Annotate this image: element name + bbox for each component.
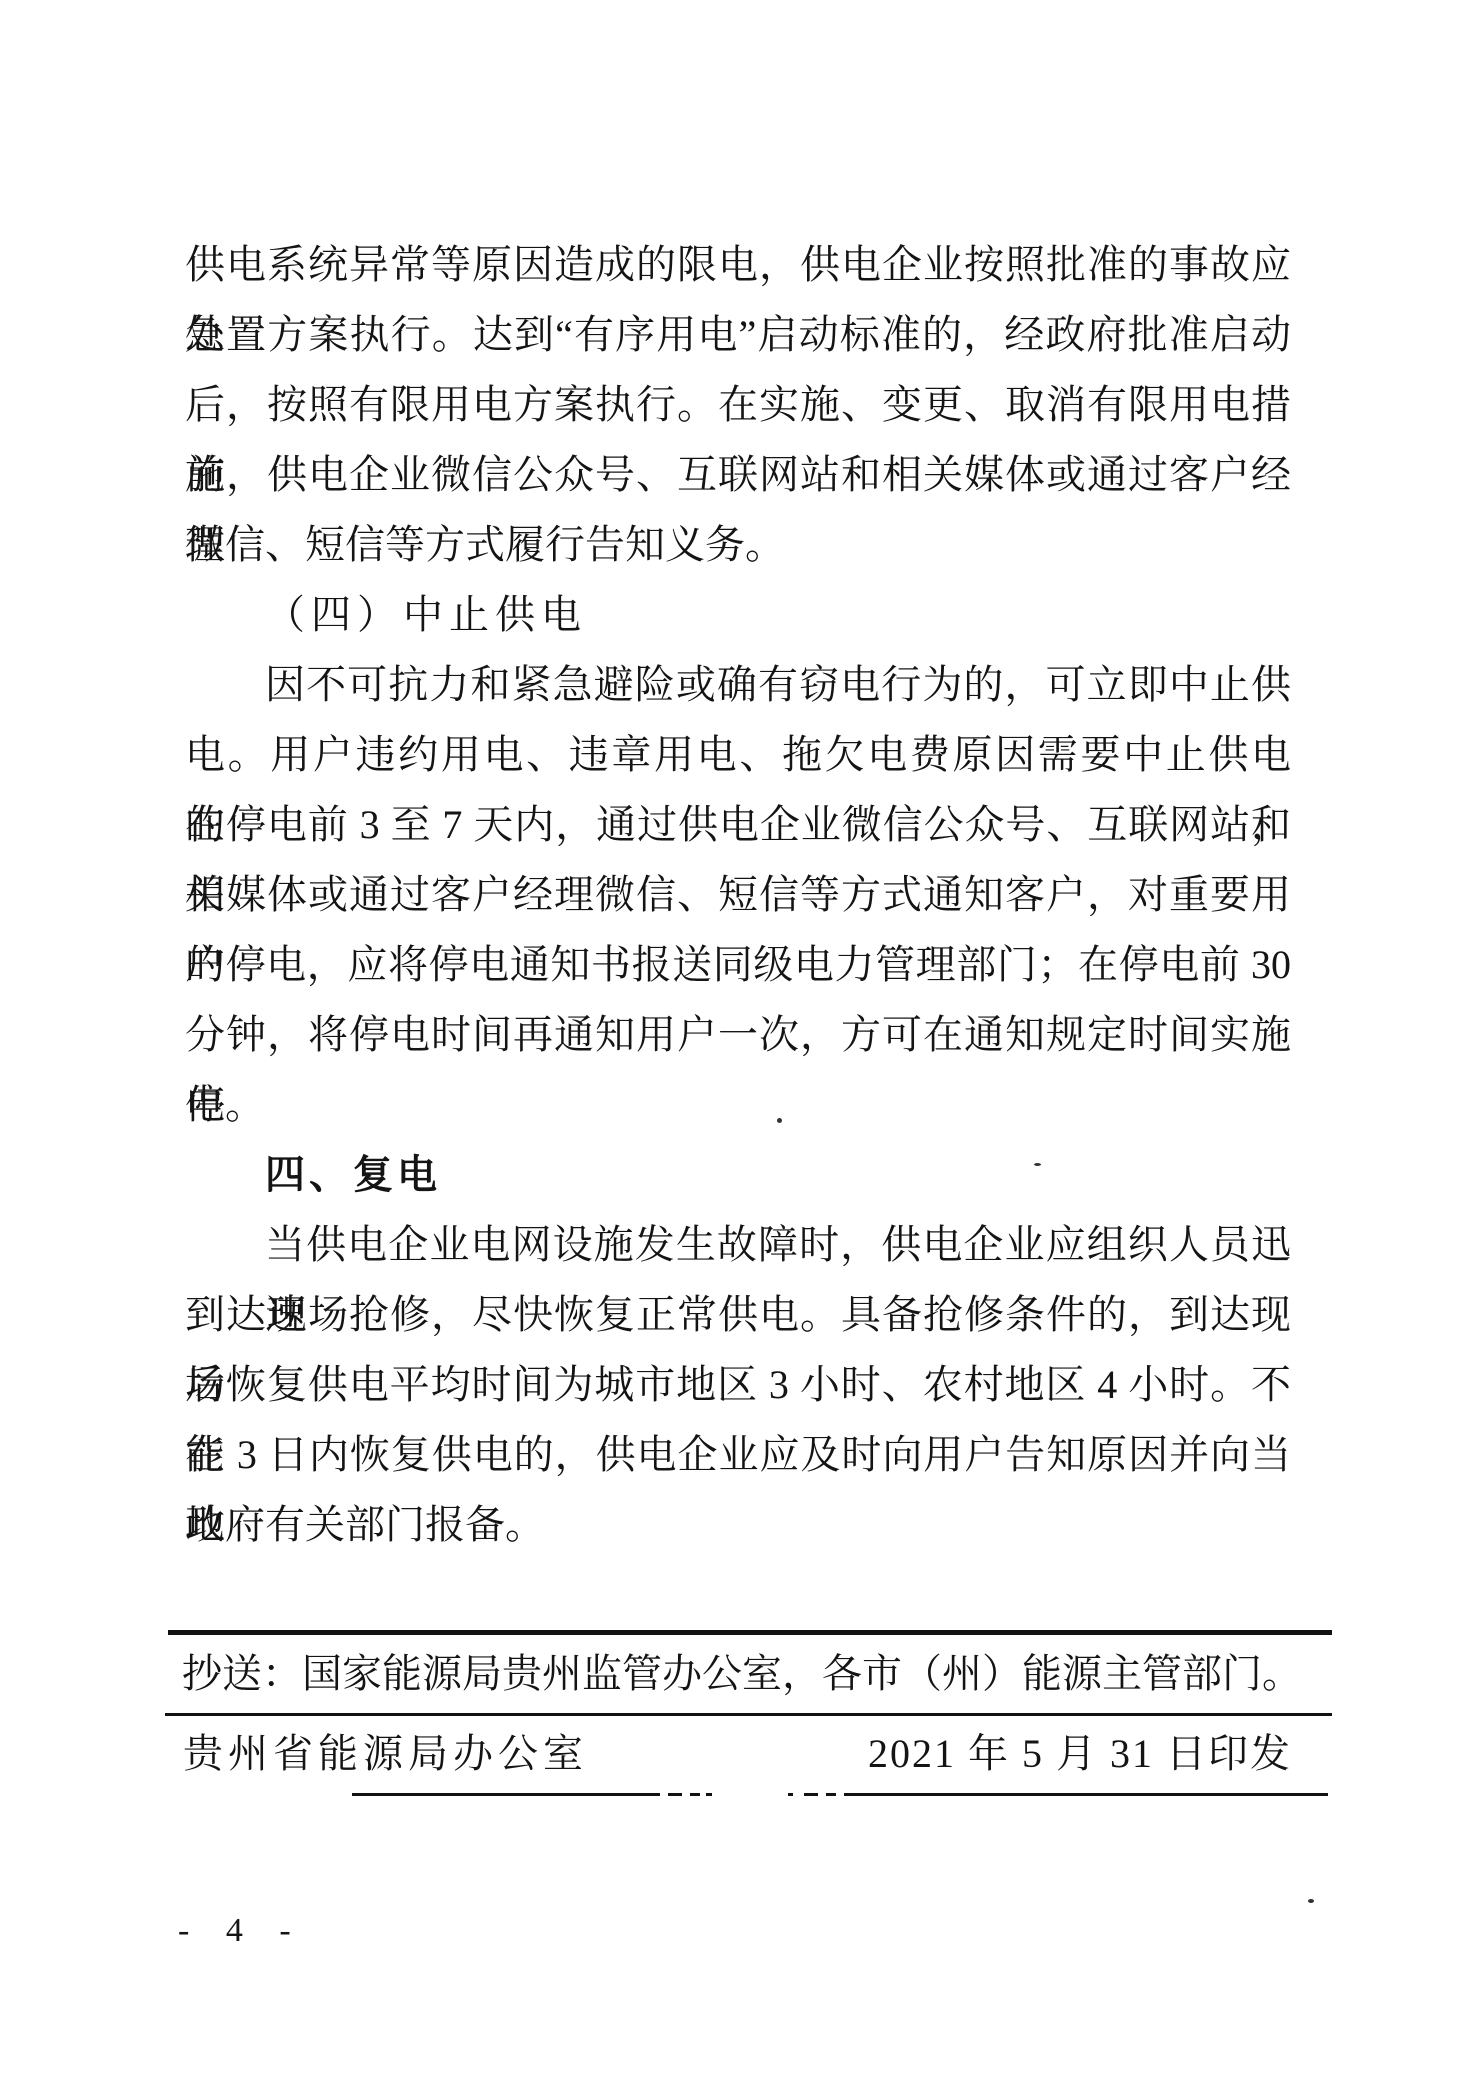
body-line: 分钟，将停电时间再通知用户一次，方可在通知规定时间实施停 xyxy=(185,1000,1291,1070)
divider-line-bottom xyxy=(668,1793,682,1796)
body-line: 在停电前 3 至 7 天内，通过供电企业微信公众号、互联网站和相 xyxy=(185,790,1291,860)
divider-line-bottom xyxy=(352,1793,660,1796)
document-body: 供电系统异常等原因造成的限电，供电企业按照批准的事故应急 处置方案执行。达到“有… xyxy=(185,230,1291,1560)
issuing-office: 贵州省能源局办公室 xyxy=(183,1731,588,1777)
body-line: 处置方案执行。达到“有序用电”启动标准的，经政府批准启动 xyxy=(185,300,1291,370)
divider-line-bottom xyxy=(826,1793,836,1796)
section-heading-suspend-supply: （四）中止供电 xyxy=(185,580,1291,650)
divider-line-bottom xyxy=(804,1793,818,1796)
body-line: 电。 xyxy=(185,1070,1291,1140)
body-line: 后恢复供电平均时间为城市地区 3 小时、农村地区 4 小时。不能 xyxy=(185,1350,1291,1420)
body-line: 到达现场抢修，尽快恢复正常供电。具备抢修条件的，到达现场 xyxy=(185,1280,1291,1350)
body-line: 关媒体或通过客户经理微信、短信等方式通知客户，对重要用户 xyxy=(185,860,1291,930)
document-page: 供电系统异常等原因造成的限电，供电企业按照批准的事故应急 处置方案执行。达到“有… xyxy=(0,0,1476,2093)
divider-line-top xyxy=(168,1630,1332,1635)
body-line: 供电系统异常等原因造成的限电，供电企业按照批准的事故应急 xyxy=(185,230,1291,300)
scan-artifact xyxy=(777,1118,782,1123)
body-line: 在 3 日内恢复供电的，供电企业应及时向用户告知原因并向当地 xyxy=(185,1420,1291,1490)
body-line: 因不可抗力和紧急避险或确有窃电行为的，可立即中止供 xyxy=(185,650,1291,720)
divider-line-bottom xyxy=(706,1793,712,1796)
page-number: - 4 - xyxy=(178,1912,305,1950)
cc-line: 抄送：国家能源局贵州监管办公室，各市（州）能源主管部门。 xyxy=(182,1652,1304,1696)
body-line: 的停电，应将停电通知书报送同级电力管理部门；在停电前 30 xyxy=(185,930,1291,1000)
divider-line-bottom xyxy=(690,1793,700,1796)
scan-artifact xyxy=(1308,1899,1314,1903)
body-line: 前，供电企业微信公众号、互联网站和相关媒体或通过客户经理 xyxy=(185,440,1291,510)
body-line: 后，按照有限用电方案执行。在实施、变更、取消有限用电措施 xyxy=(185,370,1291,440)
body-line: 政府有关部门报备。 xyxy=(185,1490,1291,1560)
divider-line-bottom xyxy=(788,1793,793,1796)
divider-line-bottom xyxy=(844,1793,1328,1796)
print-date: 2021 年 5 月 31 日印发 xyxy=(868,1731,1292,1777)
scan-artifact xyxy=(1034,1163,1041,1166)
body-line: 微信、短信等方式履行告知义务。 xyxy=(185,510,1291,580)
body-line: 当供电企业电网设施发生故障时，供电企业应组织人员迅速 xyxy=(185,1210,1291,1280)
section-heading-restore-supply: 四、复电 xyxy=(185,1140,1291,1210)
body-line: 电。用户违约用电、违章用电、拖欠电费原因需要中止供电的， xyxy=(185,720,1291,790)
divider-line-middle xyxy=(165,1713,1332,1716)
